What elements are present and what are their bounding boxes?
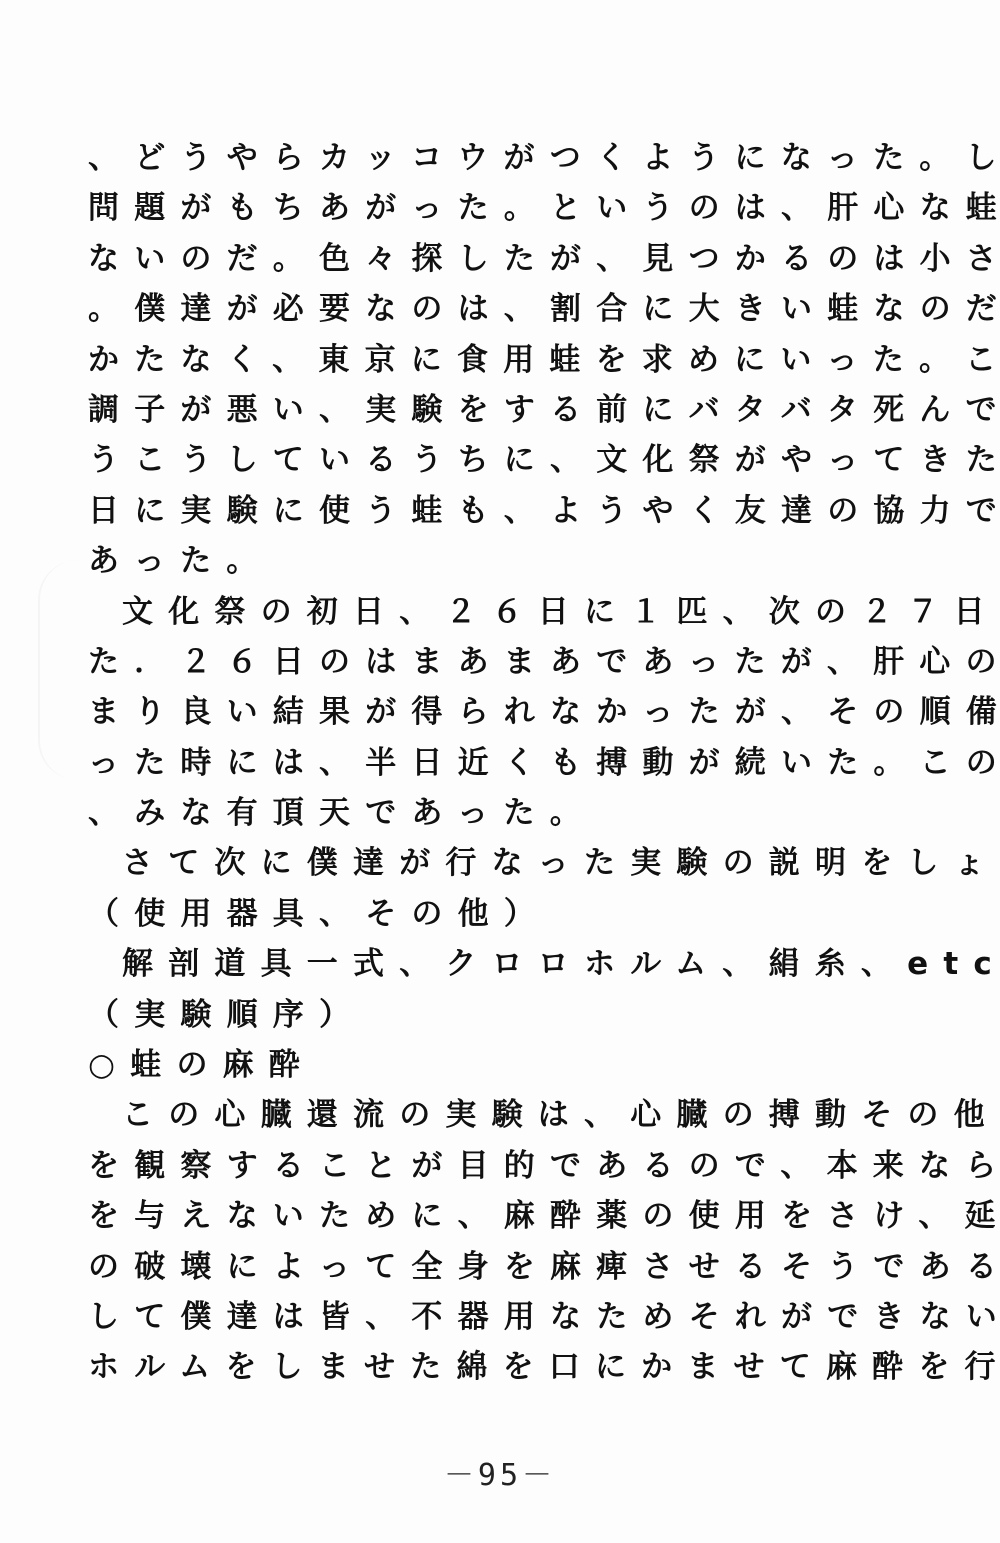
- text-line: た．２６日のはまあまあであったが、肝心の２７日はあ: [88, 637, 938, 687]
- text-line: ないのだ。色々探したが、見つかるのは小さいのばかり: [88, 234, 938, 284]
- paragraph-start-line: 文化祭の初日、２６日に１匹、次の２７日に２匹やっ: [88, 587, 938, 637]
- text-line: 、みな有頂天であった。: [88, 788, 938, 838]
- text-line: 日に実験に使う蛙も、ようやく友達の協力で得たもので: [88, 486, 938, 536]
- page-number: －95－: [0, 1450, 1000, 1494]
- text-line: して僕達は皆、不器用なためそれができないのでクロロ: [88, 1292, 938, 1342]
- paragraph-start-line: この心臓還流の実験は、心臓の搏動その他心臓の動き: [88, 1090, 938, 1140]
- section-heading-procedure: （実験順序）: [88, 990, 938, 1040]
- document-page: 、どうやらカッコウがつくようになった。しかし困った 問題がもちあがった。というの…: [0, 0, 1000, 1543]
- scan-margin-artifact: [38, 560, 80, 780]
- text-line: ホルムをしませた綿を口にかませて麻酔を行なった。: [88, 1342, 938, 1392]
- text-line: った時には、半日近くも搏動が続いた。この成功の時は: [88, 738, 938, 788]
- body-text: 、どうやらカッコウがつくようになった。しかし困った 問題がもちあがった。というの…: [88, 133, 938, 1393]
- equipment-list: 解剖道具一式、クロロホルム、絹糸、etc、: [88, 939, 938, 989]
- procedure-step-heading: ○蛙の麻酔: [88, 1040, 938, 1090]
- text-line: 、どうやらカッコウがつくようになった。しかし困った: [88, 133, 938, 183]
- text-line: まり良い結果が得られなかったが、その順備として行な: [88, 687, 938, 737]
- text-line: 。僕達が必要なのは、割合に大きい蛙なのだ。それでし: [88, 284, 938, 334]
- paragraph-start-line: さて次に僕達が行なった実験の説明をしょう．: [88, 838, 938, 888]
- text-line: うこうしているうちに、文化祭がやってきた。文化祭当: [88, 435, 938, 485]
- text-line: 調子が悪い、実験をする前にバタバタ死んでいった。そ: [88, 385, 938, 435]
- text-line: を与えないために、麻酔薬の使用をさけ、延髄又は脊椎: [88, 1191, 938, 1241]
- text-line: を観察することが目的であるので、本来なら心臓に障害: [88, 1141, 938, 1191]
- text-line: あった。: [88, 536, 938, 586]
- text-line: の破壊によって全身を麻痺させるそうであるが、不幸に: [88, 1242, 938, 1292]
- text-line: かたなく、東京に食用蛙を求めにいった。この蛙がまた: [88, 335, 938, 385]
- section-heading-equipment: （使用器具、その他）: [88, 889, 938, 939]
- text-line: 問題がもちあがった。というのは、肝心な蛙が見つから: [88, 183, 938, 233]
